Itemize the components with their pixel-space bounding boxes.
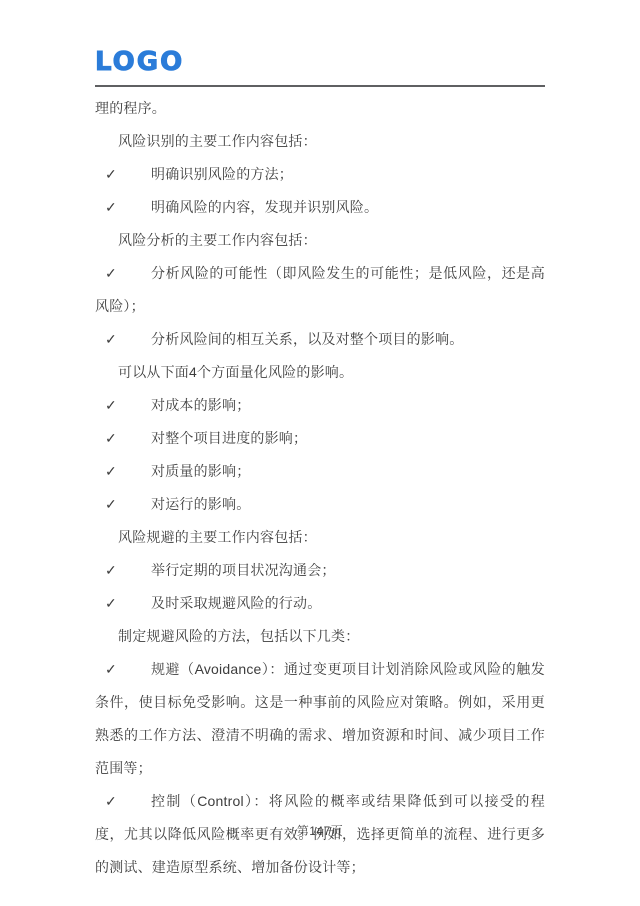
check-icon: ✓	[105, 785, 117, 818]
bullet-item: ✓举行定期的项目状况沟通会；	[95, 554, 545, 587]
paragraph: 风险识别的主要工作内容包括：	[95, 125, 545, 158]
bullet-text: 明确风险的内容，发现并识别风险。	[151, 199, 378, 215]
check-icon: ✓	[105, 191, 117, 224]
bullet-text: 分析风险的可能性（即风险发生的可能性；是低风险，还是高风险）；	[95, 265, 545, 314]
check-icon: ✓	[105, 554, 117, 587]
check-icon: ✓	[105, 653, 117, 686]
bullet-text: 对成本的影响；	[151, 397, 250, 413]
check-icon: ✓	[105, 389, 117, 422]
bullet-item: ✓分析风险的可能性（即风险发生的可能性；是低风险，还是高风险）；	[95, 257, 545, 323]
bullet-item: ✓对成本的影响；	[95, 389, 545, 422]
bullet-text: 对整个项目进度的影响；	[151, 430, 307, 446]
bullet-item: ✓明确风险的内容，发现并识别风险。	[95, 191, 545, 224]
paragraph: 风险分析的主要工作内容包括：	[95, 224, 545, 257]
bullet-text: 及时采取规避风险的行动。	[151, 595, 321, 611]
bullet-text: 分析风险间的相互关系，以及对整个项目的影响。	[151, 331, 463, 347]
paragraph: 可以从下面4个方面量化风险的影响。	[95, 356, 545, 389]
bullet-item: ✓规避（Avoidance）：通过变更项目计划消除风险或风险的触发条件，使目标免…	[95, 653, 545, 785]
bullet-text: 对质量的影响；	[151, 463, 250, 479]
logo: LOGO	[95, 48, 184, 76]
bullet-item: ✓对整个项目进度的影响；	[95, 422, 545, 455]
check-icon: ✓	[105, 323, 117, 356]
header-divider	[95, 85, 545, 87]
check-icon: ✓	[105, 422, 117, 455]
bullet-text: 对运行的影响。	[151, 496, 250, 512]
bullet-item: ✓明确识别风险的方法；	[95, 158, 545, 191]
bullet-item: ✓分析风险间的相互关系，以及对整个项目的影响。	[95, 323, 545, 356]
page-number: 第147页	[0, 822, 640, 839]
document-page: LOGO 理的程序。风险识别的主要工作内容包括：✓明确识别风险的方法；✓明确风险…	[0, 0, 640, 906]
bullet-item: ✓及时采取规避风险的行动。	[95, 587, 545, 620]
paragraph: 风险规避的主要工作内容包括：	[95, 521, 545, 554]
document-body: 理的程序。风险识别的主要工作内容包括：✓明确识别风险的方法；✓明确风险的内容，发…	[95, 92, 545, 884]
paragraph: 理的程序。	[95, 92, 545, 125]
bullet-text: 规避（Avoidance）：通过变更项目计划消除风险或风险的触发条件，使目标免受…	[95, 661, 545, 776]
bullet-item: ✓对运行的影响。	[95, 488, 545, 521]
check-icon: ✓	[105, 158, 117, 191]
page-header: LOGO	[95, 48, 545, 87]
bullet-text: 举行定期的项目状况沟通会；	[151, 562, 336, 578]
paragraph: 制定规避风险的方法，包括以下几类：	[95, 620, 545, 653]
check-icon: ✓	[105, 488, 117, 521]
bullet-text: 明确识别风险的方法；	[151, 166, 293, 182]
bullet-item: ✓对质量的影响；	[95, 455, 545, 488]
check-icon: ✓	[105, 587, 117, 620]
check-icon: ✓	[105, 257, 117, 290]
check-icon: ✓	[105, 455, 117, 488]
